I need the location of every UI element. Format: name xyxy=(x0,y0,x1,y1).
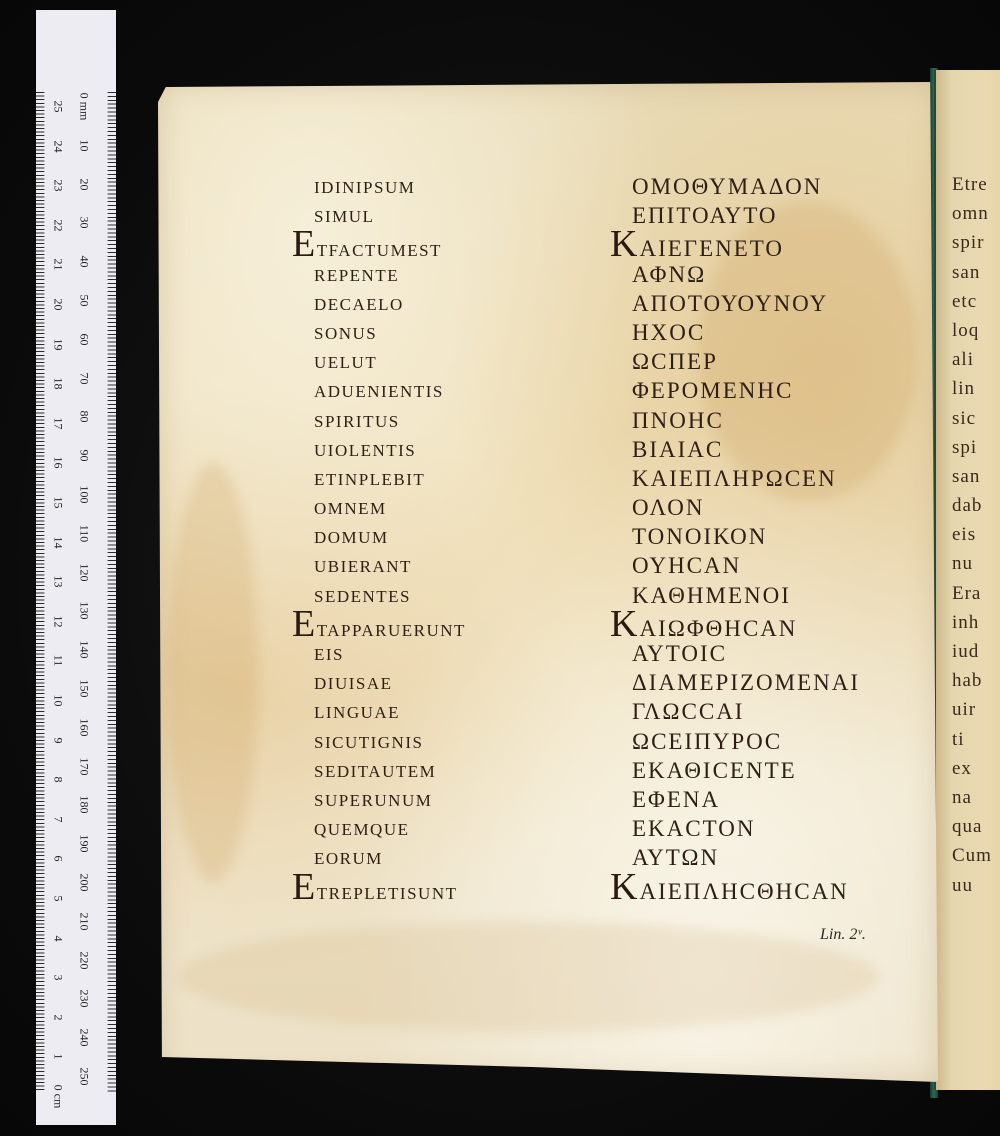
facing-text-line: san xyxy=(952,258,992,287)
ruler-mm-label: 90 xyxy=(77,441,92,471)
ruler-mm-label: 150 xyxy=(77,674,92,704)
ruler-mm-label: 180 xyxy=(77,790,92,820)
ruler-cm-label: 19 xyxy=(51,329,66,359)
ruler-mm-label: 30 xyxy=(77,208,92,238)
text-line: superunum xyxy=(314,785,466,814)
facing-text-line: san xyxy=(952,462,992,491)
text-line: idinipsum xyxy=(314,172,466,201)
text-line: ΑΥΤΟΙϹ xyxy=(632,639,860,668)
facing-text-line: hab xyxy=(952,666,992,695)
ruler-mm-label: 160 xyxy=(77,712,92,742)
foliation-mark: Lin. 2ᵛ. xyxy=(820,926,866,944)
ruler-cm-label: 20 xyxy=(51,290,66,320)
text-line: ΑΦΝΩ xyxy=(632,260,860,289)
text-line: ΟΛΟΝ xyxy=(632,493,860,522)
text-line: uelut xyxy=(314,347,466,376)
text-line: sedentes xyxy=(314,581,466,610)
ruler-cm-label: 5 xyxy=(51,884,66,914)
text-line: ΔΙΑΜΕΡΙΖΟΜΕΝΑΙ xyxy=(632,668,860,697)
measurement-ruler: 2524232221201918171615141312111098765432… xyxy=(36,10,116,1125)
ruler-cm-label: 4 xyxy=(51,923,66,953)
text-line: ΚΑΙΕΠΛΗΡΩϹΕΝ xyxy=(632,464,860,493)
ruler-cm-label: 17 xyxy=(51,408,66,438)
ruler-cm-label: 3 xyxy=(51,963,66,993)
manuscript-scan: 2524232221201918171615141312111098765432… xyxy=(0,0,1000,1136)
ruler-cm-label: 11 xyxy=(51,646,66,676)
ruler-mm-label: 250 xyxy=(77,1062,92,1092)
ruler-cm-label: 8 xyxy=(51,765,66,795)
text-line: ΦΕΡΟΜΕΝΗϹ xyxy=(632,376,860,405)
text-line: seditautem xyxy=(314,756,466,785)
facing-text-line: ti xyxy=(952,725,992,754)
ruler-cm-label: 0 cm xyxy=(51,1082,66,1112)
facing-text-line: Etre xyxy=(952,170,992,199)
text-line: ΑΠΟΤΟΥΟΥΝΟΥ xyxy=(632,289,860,318)
ruler-mm-label: 200 xyxy=(77,868,92,898)
text-line: ΚΑΙΩΦΘΗϹΑΝ xyxy=(610,610,860,639)
latin-text-column: idinipsumsimulEtfactumestrepentedecaelos… xyxy=(314,172,466,902)
facing-text-line: omn xyxy=(952,199,992,228)
text-line: omnem xyxy=(314,493,466,522)
facing-text-line: qua xyxy=(952,812,992,841)
water-stain xyxy=(168,462,258,882)
text-line: ΕΚΑϹΤΟΝ xyxy=(632,814,860,843)
text-line: Etapparuerunt xyxy=(292,610,466,639)
ruler-cm-label: 12 xyxy=(51,606,66,636)
facing-text-line: sic xyxy=(952,404,992,433)
ruler-mm-label: 170 xyxy=(77,751,92,781)
facing-text-line: eis xyxy=(952,520,992,549)
text-line: quemque xyxy=(314,814,466,843)
water-stain xyxy=(178,922,878,1032)
text-line: ΕΦΕΝΑ xyxy=(632,785,860,814)
facing-text-line: nu xyxy=(952,549,992,578)
text-line: simul xyxy=(314,201,466,230)
ruler-mm-label: 10 xyxy=(77,130,92,160)
ruler-mm-label: 130 xyxy=(77,596,92,626)
ruler-cm-label: 6 xyxy=(51,844,66,874)
ruler-cm-label: 21 xyxy=(51,250,66,280)
ruler-cm-label: 22 xyxy=(51,210,66,240)
text-line: eis xyxy=(314,639,466,668)
facing-text-line: dab xyxy=(952,491,992,520)
ruler-mm-label: 60 xyxy=(77,324,92,354)
text-line: ΕΠΙΤΟΑΥΤΟ xyxy=(632,201,860,230)
ruler-cm-label: 9 xyxy=(51,725,66,755)
facing-text-line: ali xyxy=(952,345,992,374)
ruler-cm-label: 14 xyxy=(51,527,66,557)
text-line: ΚΑΘΗΜΕΝΟΙ xyxy=(632,581,860,610)
ruler-ticks-cm xyxy=(36,92,50,1092)
facing-text-line: spir xyxy=(952,228,992,257)
text-line: sonus xyxy=(314,318,466,347)
ruler-cm-label: 16 xyxy=(51,448,66,478)
text-line: etinplebit xyxy=(314,464,466,493)
ruler-mm-label: 210 xyxy=(77,906,92,936)
text-line: ΚΑΙΕΠΛΗϹΘΗϹΑΝ xyxy=(610,873,860,902)
text-line: aduenientis xyxy=(314,376,466,405)
text-line: repente xyxy=(314,260,466,289)
ruler-mm-label: 120 xyxy=(77,557,92,587)
ruler-cm-label: 2 xyxy=(51,1002,66,1032)
greek-text-column: ΟΜΟΘΥΜΑΔΟΝΕΠΙΤΟΑΥΤΟΚΑΙΕΓΕΝΕΤΟΑΦΝΩΑΠΟΤΟΥΟ… xyxy=(632,172,860,902)
text-line: ΠΝΟΗϹ xyxy=(632,406,860,435)
ruler-cm-label: 13 xyxy=(51,567,66,597)
facing-page-text: Etreomnspirsanetcloqalilinsicspisandabei… xyxy=(952,170,992,900)
facing-text-line: inh xyxy=(952,608,992,637)
text-line: ubierant xyxy=(314,551,466,580)
ruler-mm-label: 240 xyxy=(77,1023,92,1053)
text-line: linguae xyxy=(314,697,466,726)
ruler-cm-label: 10 xyxy=(51,686,66,716)
ruler-mm-label: 80 xyxy=(77,402,92,432)
text-line: ΚΑΙΕΓΕΝΕΤΟ xyxy=(610,230,860,259)
ruler-mm-label: 50 xyxy=(77,286,92,316)
text-line: ΩϹΕΙΠΥΡΟϹ xyxy=(632,727,860,756)
text-line: spiritus xyxy=(314,406,466,435)
text-line: uiolentis xyxy=(314,435,466,464)
ruler-mm-label: 70 xyxy=(77,363,92,393)
ruler-mm-label: 0 mm xyxy=(77,92,92,122)
ruler-cm-label: 7 xyxy=(51,804,66,834)
facing-text-line: lin xyxy=(952,374,992,403)
ruler-cm-label: 15 xyxy=(51,488,66,518)
ruler-mm-label: 110 xyxy=(77,518,92,548)
facing-text-line: etc xyxy=(952,287,992,316)
text-line: ΩϹΠΕΡ xyxy=(632,347,860,376)
text-line: ΤΟΝΟΙΚΟΝ xyxy=(632,522,860,551)
ruler-mm-label: 220 xyxy=(77,945,92,975)
facing-text-line: iud xyxy=(952,637,992,666)
text-line: ΕΚΑΘΙϹΕΝΤΕ xyxy=(632,756,860,785)
text-line: eorum xyxy=(314,843,466,872)
facing-text-line: Era xyxy=(952,579,992,608)
text-line: diuisae xyxy=(314,668,466,697)
facing-text-line: ex xyxy=(952,754,992,783)
facing-text-line: spi xyxy=(952,433,992,462)
text-line: ΒΙΑΙΑϹ xyxy=(632,435,860,464)
ruler-mm-label: 230 xyxy=(77,984,92,1014)
facing-text-line: na xyxy=(952,783,992,812)
text-line: ΗΧΟϹ xyxy=(632,318,860,347)
text-line: Etrepletisunt xyxy=(292,873,466,902)
ruler-mm-label: 190 xyxy=(77,829,92,859)
text-line: ΟΜΟΘΥΜΑΔΟΝ xyxy=(632,172,860,201)
ruler-mm-label: 20 xyxy=(77,169,92,199)
text-line: decaelo xyxy=(314,289,466,318)
text-line: ΑΥΤΩΝ xyxy=(632,843,860,872)
facing-text-line: uu xyxy=(952,871,992,900)
facing-text-line: Cum xyxy=(952,841,992,870)
ruler-mm-label: 100 xyxy=(77,480,92,510)
ruler-mm-label: 140 xyxy=(77,635,92,665)
ruler-cm-label: 18 xyxy=(51,369,66,399)
text-line: ΓΛΩϹϹΑΙ xyxy=(632,697,860,726)
ruler-mm-label: 40 xyxy=(77,247,92,277)
text-line: sicutignis xyxy=(314,727,466,756)
ruler-cm-label: 1 xyxy=(51,1042,66,1072)
text-line: ΟΥΗϹΑΝ xyxy=(632,551,860,580)
text-line: domum xyxy=(314,522,466,551)
ruler-cm-label: 25 xyxy=(51,92,66,122)
facing-text-line: loq xyxy=(952,316,992,345)
ruler-cm-label: 23 xyxy=(51,171,66,201)
ruler-cm-label: 24 xyxy=(51,131,66,161)
text-line: Etfactumest xyxy=(292,230,466,259)
facing-text-line: uir xyxy=(952,695,992,724)
ruler-ticks-mm xyxy=(102,92,116,1092)
